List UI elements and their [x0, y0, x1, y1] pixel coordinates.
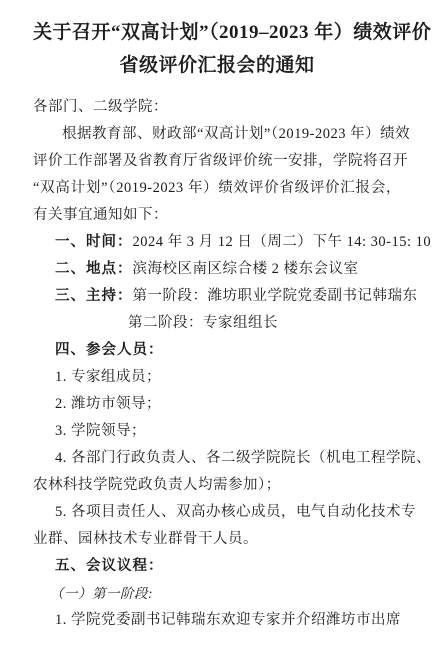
- line-bold-label: 一、时间：: [55, 234, 133, 250]
- document-line: 五、会议议程：: [33, 553, 401, 580]
- document-line: 二、地点：滨海校区南区综合楼 2 楼东会议室: [33, 256, 401, 283]
- line-text: 3. 学院领导；: [55, 423, 146, 439]
- line-bold-label: 三、主持：: [55, 288, 133, 304]
- document-line: 有关事宜通知如下：: [33, 202, 401, 229]
- line-text: 第一阶段：潍坊职业学院党委副书记韩瑞东: [133, 288, 418, 304]
- line-text: 4. 各部门行政负责人、各二级学院院长（机电工程学院、: [55, 450, 431, 466]
- line-text: （一）第一阶段:: [50, 586, 153, 601]
- document-line: 农林科技学院党政负责人均需参加）；: [33, 472, 401, 499]
- line-text: 2024 年 3 月 12 日（周二）下午 14: 30-15: 10: [133, 234, 432, 250]
- line-text: 第二阶段：专家组组长: [128, 315, 278, 331]
- document-line: 5. 各项目责任人、双高办核心成员，电气自动化技术专: [33, 499, 401, 526]
- document-line: 业群、园林技术专业群骨干人员。: [33, 526, 401, 553]
- document-line: “双高计划”（2019-2023 年）绩效评价省级评价汇报会，: [33, 175, 401, 202]
- document-line: 3. 学院领导；: [33, 418, 401, 445]
- notice-document-page: 关于召开“双高计划”（2019–2023 年）绩效评价 省级评价汇报会的通知 各…: [0, 0, 444, 645]
- line-bold-label: 四、参会人员：: [55, 342, 164, 358]
- title-line-2: 省级评价汇报会的通知: [33, 49, 401, 82]
- line-text: 滨海校区南区综合楼 2 楼东会议室: [133, 261, 359, 277]
- line-text: 2. 潍坊市领导；: [55, 396, 161, 412]
- line-text: 5. 各项目责任人、双高办核心成员，电气自动化技术专: [55, 504, 416, 520]
- line-text: 业群、园林技术专业群骨干人员。: [33, 531, 258, 547]
- document-line: 一、时间：2024 年 3 月 12 日（周二）下午 14: 30-15: 10: [33, 229, 401, 256]
- document-line: （一）第一阶段:: [33, 580, 401, 607]
- line-bold-label: 五、会议议程：: [55, 558, 164, 574]
- line-text: 农林科技学院党政负责人均需参加）；: [33, 477, 281, 493]
- document-line: 评价工作部署及省教育厅省级评价统一安排，学院将召开: [33, 148, 401, 175]
- document-line: 第二阶段：专家组组长: [33, 310, 401, 337]
- document-line: 1. 专家组成员；: [33, 364, 401, 391]
- line-bold-label: 二、地点：: [55, 261, 133, 277]
- document-line: 根据教育部、财政部“双高计划”（2019-2023 年）绩效: [33, 121, 401, 148]
- line-text: 评价工作部署及省教育厅省级评价统一安排，学院将召开: [33, 153, 408, 169]
- line-text: “双高计划”（2019-2023 年）绩效评价省级评价汇报会，: [33, 180, 401, 196]
- document-title: 关于召开“双高计划”（2019–2023 年）绩效评价 省级评价汇报会的通知: [33, 16, 401, 82]
- document-body: 各部门、二级学院：根据教育部、财政部“双高计划”（2019-2023 年）绩效评…: [33, 94, 401, 634]
- document-line: 各部门、二级学院：: [33, 94, 401, 121]
- title-line-1: 关于召开“双高计划”（2019–2023 年）绩效评价: [33, 16, 401, 49]
- document-line: 1. 学院党委副书记韩瑞东欢迎专家并介绍潍坊市出席: [33, 607, 401, 634]
- document-line: 三、主持：第一阶段：潍坊职业学院党委副书记韩瑞东: [33, 283, 401, 310]
- line-text: 1. 学院党委副书记韩瑞东欢迎专家并介绍潍坊市出席: [55, 612, 401, 628]
- line-text: 根据教育部、财政部“双高计划”（2019-2023 年）绩效: [62, 126, 410, 142]
- line-text: 各部门、二级学院：: [33, 99, 168, 115]
- document-line: 4. 各部门行政负责人、各二级学院院长（机电工程学院、: [33, 445, 401, 472]
- line-text: 有关事宜通知如下：: [33, 207, 168, 223]
- document-line: 四、参会人员：: [33, 337, 401, 364]
- line-text: 1. 专家组成员；: [55, 369, 161, 385]
- document-line: 2. 潍坊市领导；: [33, 391, 401, 418]
